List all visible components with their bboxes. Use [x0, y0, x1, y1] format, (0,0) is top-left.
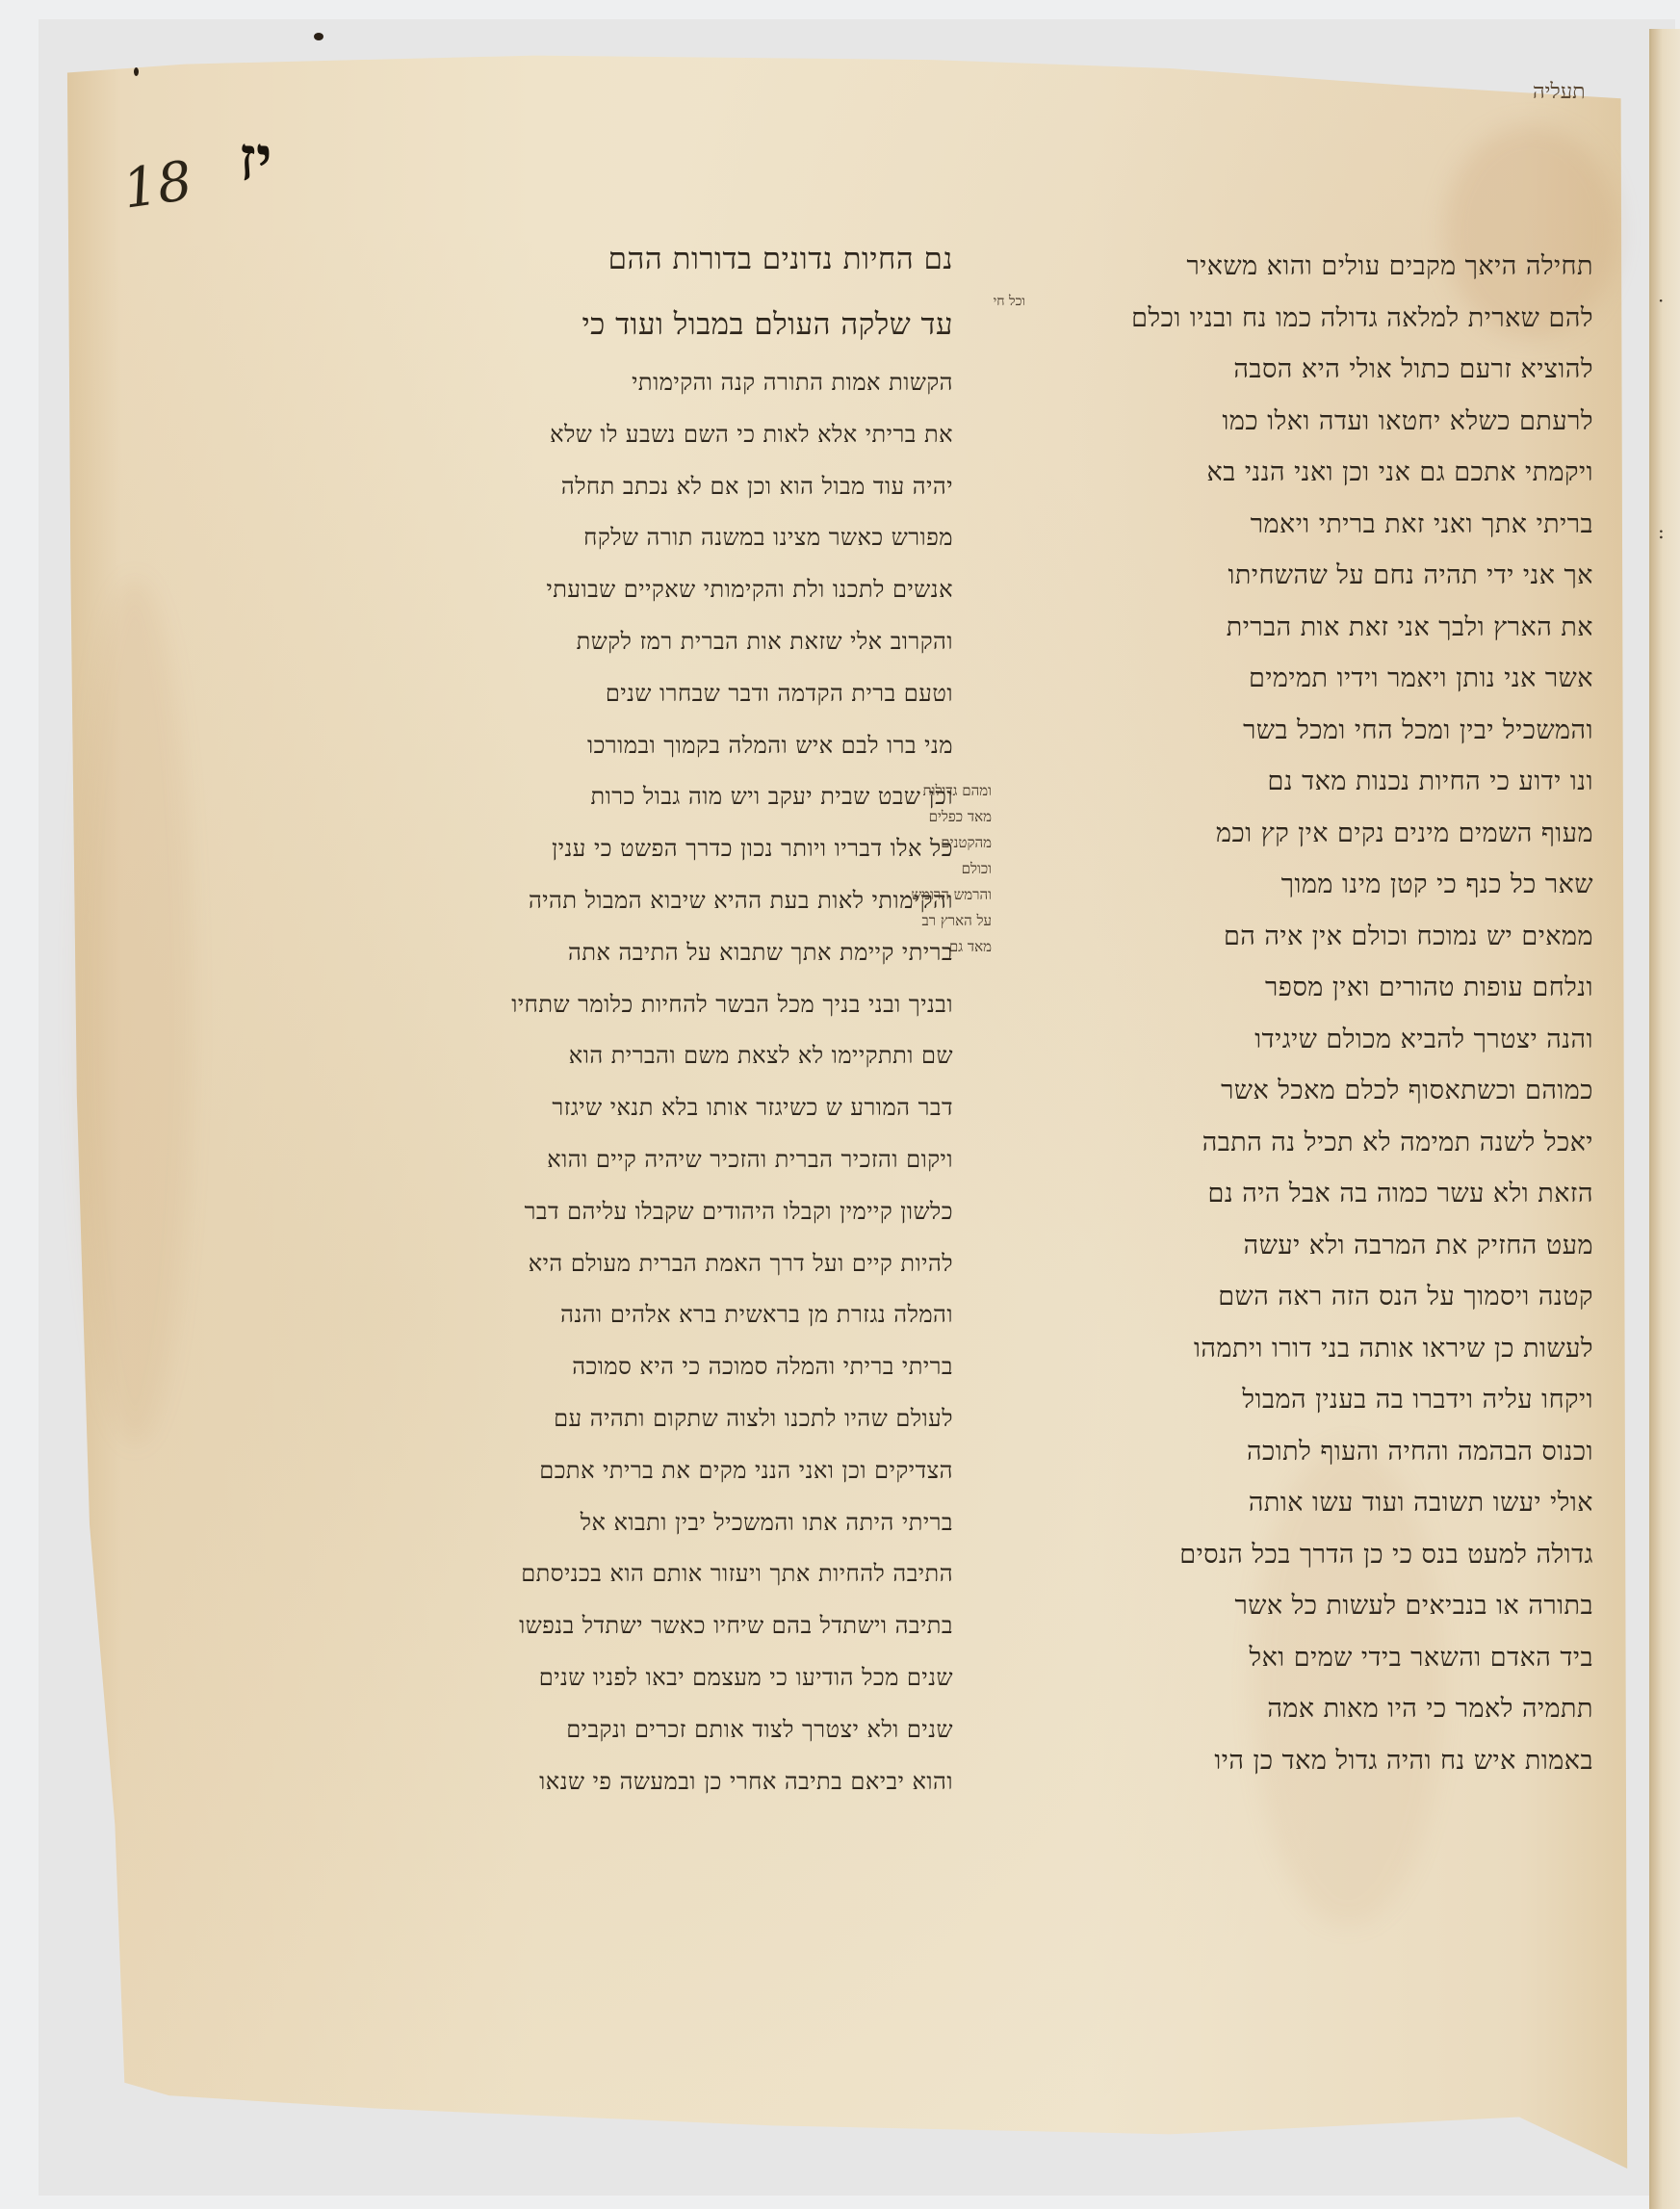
- text-line: הצדיקים וכן ואני הנני מקים את בריתי אתכם: [371, 1445, 953, 1497]
- text-line: ביד האדם והשאר בידי שמים ואל: [996, 1632, 1593, 1684]
- text-line: וכנוס הבהמה והחיה והעוף לתוכה: [996, 1426, 1593, 1478]
- text-line: ונלחם עופות טהורים ואין מספר: [996, 962, 1593, 1014]
- text-line: הקשות אמות התורה קנה והקימותי: [371, 357, 953, 409]
- text-line: אשר אני נותן ויאמר וידיו תמימים: [996, 653, 1593, 705]
- text-line: יהיה עוד מבול הוא וכן אם לא נכתב תחלה: [371, 461, 953, 513]
- folio-number: 18: [119, 149, 196, 221]
- text-line: להיות קיים ועל דרך האמת הברית מעולם היא: [371, 1238, 953, 1290]
- text-line: וכן שבט שבית יעקב ויש מוה גבול כרות: [371, 771, 953, 823]
- text-line: שנים ולא יצטרך לצוד אותם זכרים ונקבים: [371, 1704, 953, 1756]
- text-line: ובניך ובני בניך מכל הבשר להחיות כלומר שת…: [371, 979, 953, 1031]
- right-text-column: תחילה היאך מקבים עולים והוא משאיר להם שא…: [996, 241, 1593, 1786]
- text-line: מעוף השמים מינים נקים אין קץ וכמ: [996, 808, 1593, 860]
- text-line: והוא יביאם בתיבה אחרי כן ובמעשה פי שנאו: [371, 1756, 953, 1808]
- ink-blot: [314, 33, 323, 40]
- text-line: והקימותי לאות בעת ההיא שיבוא המבול תהיה: [371, 875, 953, 927]
- marginal-gloss: ומהם גדולות מאד כפלים מהקטנים וכולם והרמ…: [886, 778, 992, 960]
- text-line: קטנה ויסמוך על הנס הזה ראה השם: [996, 1271, 1593, 1323]
- gloss-line: ומהם גדולות: [886, 778, 992, 804]
- text-line: ממאים יש נמוכח וכולם אין איה הם: [996, 911, 1593, 963]
- text-line: והקרוב אלי שזאת אות הברית רמז לקשת: [371, 616, 953, 668]
- text-line: מני ברו לבם איש והמלה בקמוך ובמורכו: [371, 720, 953, 772]
- text-line: התיבה להחיות אתך ויעזור אותם הוא בכניסתם: [371, 1548, 953, 1600]
- text-line: בתורה או בנביאים לעשות כל אשר: [996, 1580, 1593, 1632]
- text-line: ויקחו עליה וידברו בה בענין המבול: [996, 1374, 1593, 1426]
- inner-margin-note: וכל חי: [996, 289, 1025, 315]
- edge-mark: ·: [1658, 289, 1664, 312]
- text-line: יאכל לשנה תמימה לא תכיל נה התבה: [996, 1117, 1593, 1169]
- text-line: את בריתי אלא לאות כי השם נשבע לו שלא: [371, 409, 953, 461]
- text-line: עד שלקה העולם במבול ועוד כי: [371, 292, 953, 357]
- text-line: שנים מכל הודיעו כי מעצמם יבאו לפניו שנים: [371, 1652, 953, 1704]
- text-line: באמות איש נח והיה גדול מאד כן היו: [996, 1735, 1593, 1787]
- text-line: לרעתם כשלא יחטאו ועדה ואלו כמו: [996, 396, 1593, 448]
- gloss-line: והרמש הרומש: [886, 882, 992, 908]
- text-line: מעט החזיק את המרבה ולא יעשה: [996, 1220, 1593, 1272]
- text-line: תחילה היאך מקבים עולים והוא משאיר: [996, 241, 1593, 293]
- gloss-line: וכולם: [886, 856, 992, 882]
- text-line: וטעם ברית הקדמה ודבר שבחרו שנים: [371, 668, 953, 720]
- text-line: ונו ידוע כי החיות נכנות מאד נם: [996, 756, 1593, 808]
- folio-hebrew-numeral: יז: [239, 123, 272, 195]
- text-line: נם החיות נדונים בדורות ההם: [371, 226, 953, 292]
- text-line: כמוהם וכשתאסוף לכלם מאכל אשר: [996, 1065, 1593, 1117]
- text-line: לעולם שהיו לתכנו ולצוה שתקום ותהיה עם: [371, 1393, 953, 1445]
- text-line: בריתי אתך ואני זאת בריתי ויאמר: [996, 499, 1593, 551]
- text-line: הזאת ולא עשר כמוה בה אבל היה נם: [996, 1168, 1593, 1220]
- text-line: דבר המורע ש כשיגזר אותו בלא תנאי שיגזר: [371, 1082, 953, 1134]
- text-line: תתמיה לאמר כי היו מאות אמה: [996, 1683, 1593, 1735]
- text-line: אולי יעשו תשובה ועוד עשו אותה: [996, 1477, 1593, 1529]
- text-line: בריתי קיימת אתך שתבוא על התיבה אתה: [371, 927, 953, 979]
- adjacent-leaf-edge: [1649, 29, 1680, 2209]
- text-line: אך אני ידי תהיה נחם על שהשחיתו: [996, 550, 1593, 602]
- text-line: ויקום והזכיר הברית והזכיר שיהיה קיים והו…: [371, 1134, 953, 1186]
- text-line: בריתי היתה אתו והמשכיל יבין ותבוא אל: [371, 1497, 953, 1549]
- text-line: את הארץ ולבך אני זאת אות הברית: [996, 602, 1593, 654]
- text-line: והמשכיל יבין ומכל החי ומכל בשר: [996, 705, 1593, 757]
- left-text-column: נם החיות נדונים בדורות ההם עד שלקה העולם…: [371, 226, 953, 1807]
- text-line: והנה יצטרך להביא מכולם שיגידו: [996, 1014, 1593, 1066]
- gloss-line: על הארץ רב: [886, 908, 992, 934]
- text-line: שאר כל כנף כי קטן מינו ממוך: [996, 859, 1593, 911]
- text-line: מפורש כאשר מצינו במשנה תורה שלקח: [371, 512, 953, 564]
- running-head: תעליה: [1533, 79, 1586, 104]
- text-line: לעשות כן שיראו אותה בני דורו ויתמהו: [996, 1323, 1593, 1375]
- text-line: להם שארית למלאה גדולה כמו נח ובניו וכלם: [996, 293, 1593, 345]
- text-line: כלשון קיימין וקבלו היהודים שקבלו עליהם ד…: [371, 1186, 953, 1238]
- text-line: להוציא זרעם כתול אולי היא הסבה: [996, 344, 1593, 396]
- edge-mark: :: [1658, 520, 1665, 543]
- ink-blot: [134, 67, 139, 76]
- gloss-line: מהקטנים: [886, 830, 992, 856]
- gloss-line: מאד גם: [886, 934, 992, 960]
- gloss-line: מאד כפלים: [886, 804, 992, 830]
- text-line: שם ותתקיימו לא לצאת משם והברית הוא: [371, 1030, 953, 1082]
- text-line: בתיבה וישתדל בהם שיחיו כאשר ישתדל בנפשו: [371, 1600, 953, 1652]
- text-line: גדולה למעט בנס כי כן הדרך בכל הנסים: [996, 1529, 1593, 1581]
- text-line: אנשים לתכנו ולת והקימותי שאקיים שבועתי: [371, 564, 953, 616]
- text-line: ויקמתי אתכם גם אני וכן ואני הנני בא: [996, 447, 1593, 499]
- text-line: כל אלו דבריו ויותר נכון כדרך הפשט כי עני…: [371, 823, 953, 875]
- text-line: והמלה נגזרת מן בראשית ברא אלהים והנה: [371, 1289, 953, 1341]
- paper-stain: [77, 578, 193, 1444]
- text-line: בריתי בריתי והמלה סמוכה כי היא סמוכה: [371, 1341, 953, 1393]
